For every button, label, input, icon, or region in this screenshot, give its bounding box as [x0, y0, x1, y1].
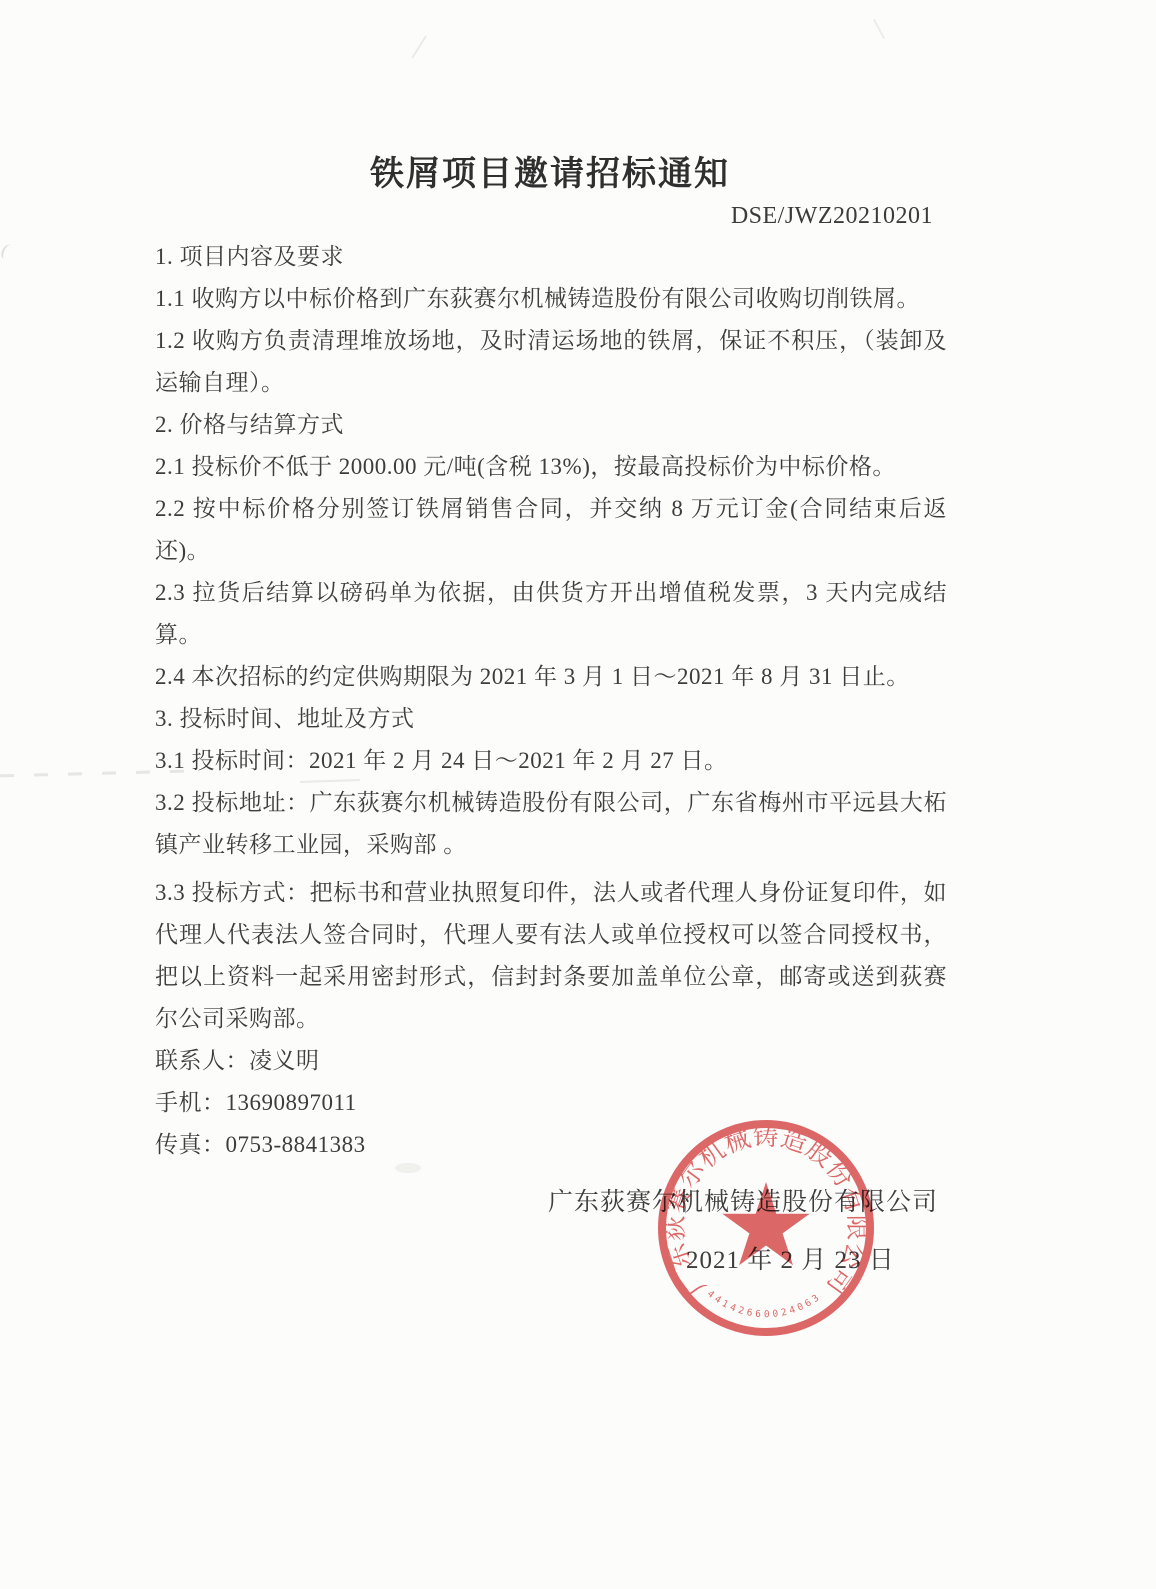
clause-2-1: 2.1 投标价不低于 2000.00 元/吨(含税 13%)，按最高投标价为中标…	[155, 446, 947, 488]
document-body: 1. 项目内容及要求 1.1 收购方以中标价格到广东荻赛尔机械铸造股份有限公司收…	[155, 236, 947, 1166]
section-heading-1: 1. 项目内容及要求	[155, 236, 947, 278]
seal-serial-number: 44142660024063	[705, 1288, 824, 1320]
clause-1-1: 1.1 收购方以中标价格到广东荻赛尔机械铸造股份有限公司收购切削铁屑。	[155, 278, 947, 320]
section-heading-2: 2. 价格与结算方式	[155, 404, 947, 446]
contact-person: 联系人：凌义明	[155, 1040, 947, 1082]
scan-artifact	[411, 35, 426, 58]
clause-3-1: 3.1 投标时间：2021 年 2 月 24 日～2021 年 2 月 27 日…	[155, 740, 947, 782]
document-page: 铁屑项目邀请招标通知 DSE/JWZ20210201 1. 项目内容及要求 1.…	[0, 0, 1156, 1589]
star-icon	[722, 1182, 809, 1265]
scan-artifact	[0, 243, 16, 262]
company-seal-stamp: 广东荻赛尔机械铸造股份有限公司 44142660024063	[631, 1093, 901, 1363]
section-heading-3: 3. 投标时间、地址及方式	[155, 698, 947, 740]
clause-2-2: 2.2 按中标价格分别签订铁屑销售合同，并交纳 8 万元订金(合同结束后返还)。	[155, 488, 947, 572]
clause-3-3: 3.3 投标方式：把标书和营业执照复印件，法人或者代理人身份证复印件，如代理人代…	[155, 872, 947, 1040]
clause-1-2: 1.2 收购方负责清理堆放场地，及时清运场地的铁屑，保证不积压，（装卸及运输自理…	[155, 320, 947, 404]
clause-2-4: 2.4 本次招标的约定供购期限为 2021 年 3 月 1 日～2021 年 8…	[155, 656, 947, 698]
document-title: 铁屑项目邀请招标通知	[155, 146, 945, 195]
clause-2-3: 2.3 拉货后结算以磅码单为依据，由供货方开出增值税发票，3 天内完成结算。	[155, 572, 947, 656]
scan-artifact	[873, 19, 885, 39]
clause-3-2: 3.2 投标地址：广东荻赛尔机械铸造股份有限公司，广东省梅州市平远县大柘镇产业转…	[155, 782, 947, 866]
document-reference-number: DSE/JWZ20210201	[155, 203, 933, 230]
